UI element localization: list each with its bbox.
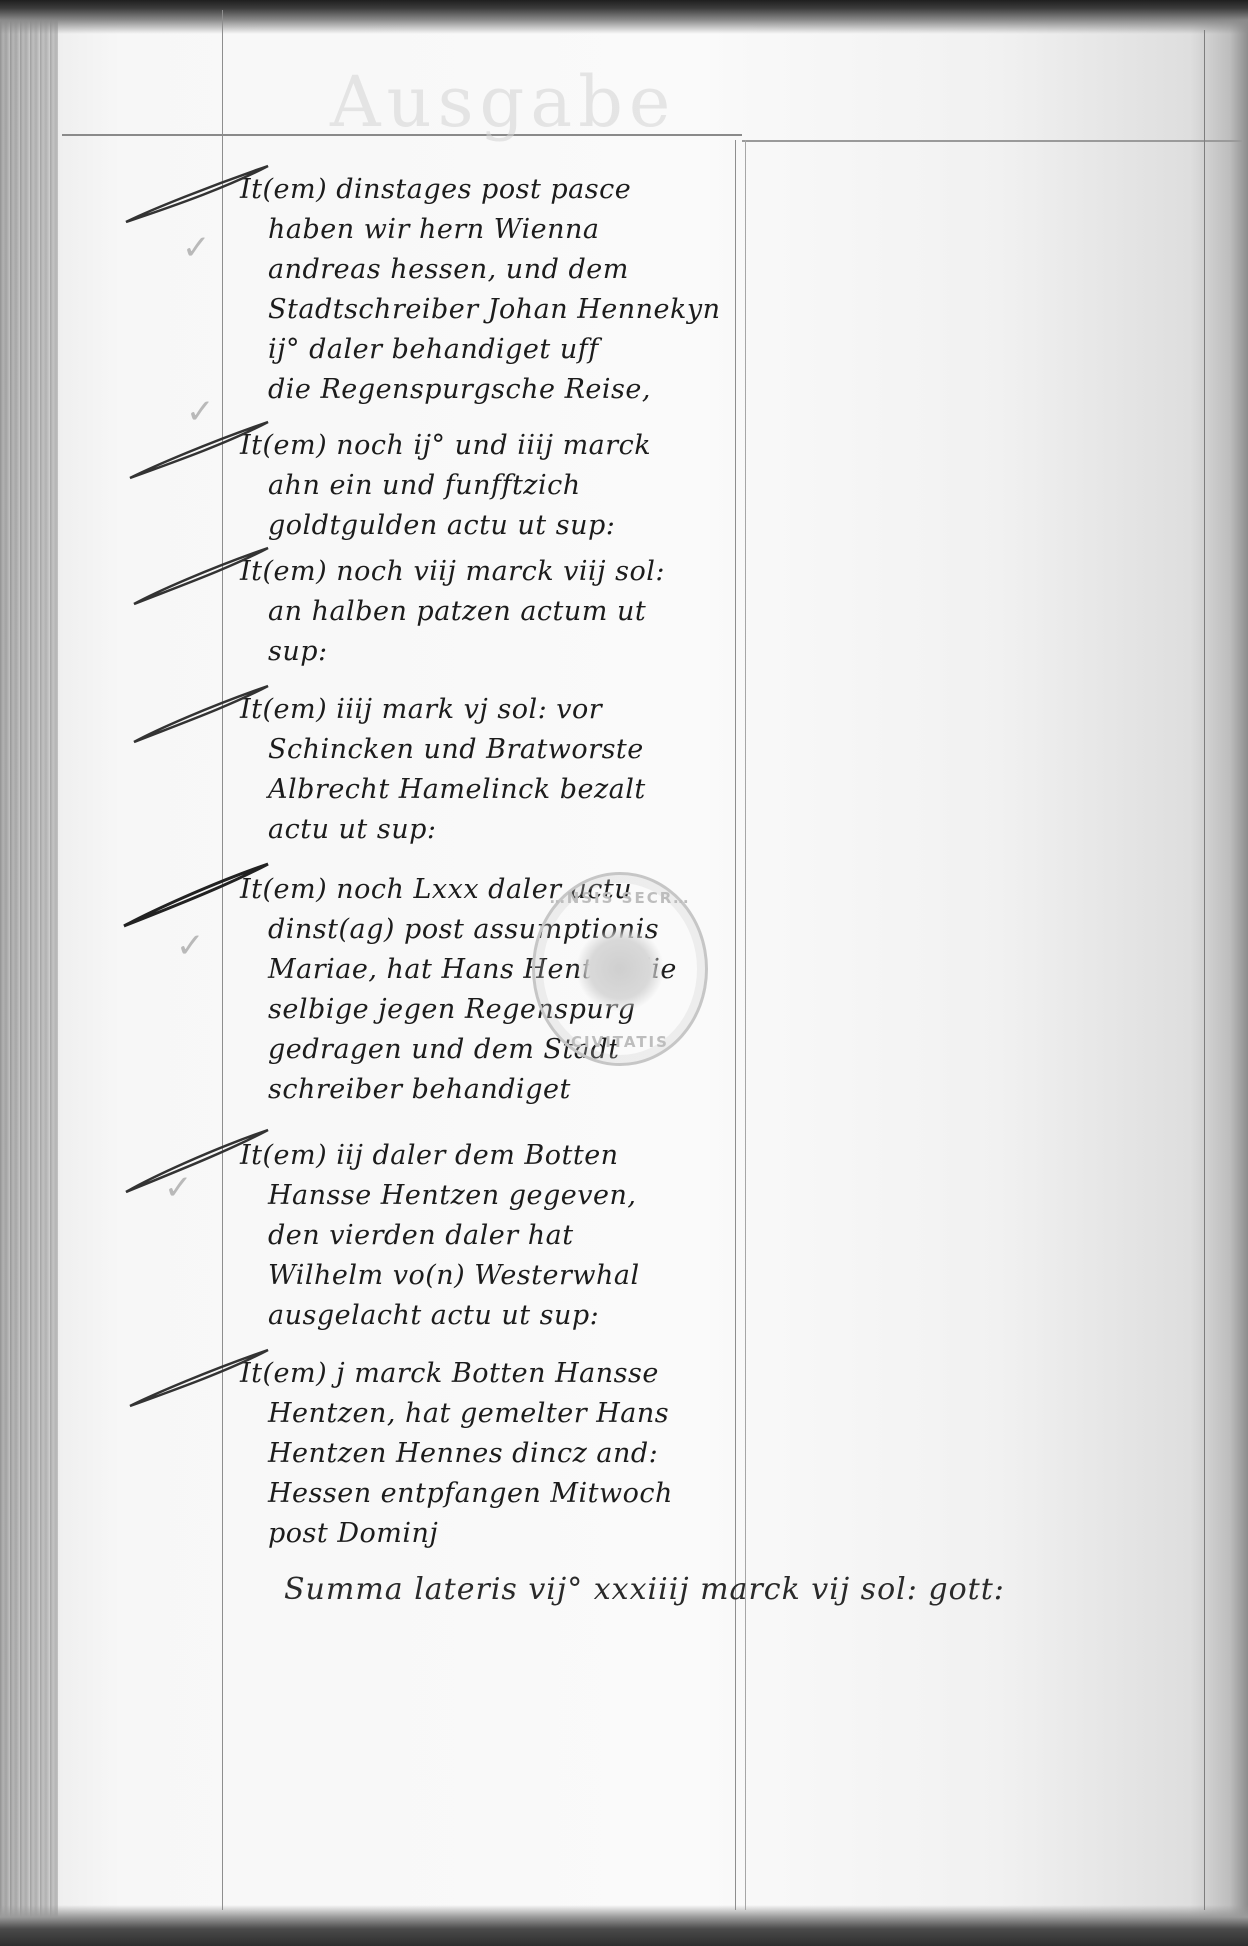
check-mark-icon: ✓ [176, 926, 205, 966]
left-margin-rule [222, 10, 223, 1910]
entry-line: ahn ein und funfftzich [240, 466, 730, 506]
top-torn-edge [0, 0, 1248, 34]
bleed-through-heading: Ausgabe [330, 62, 930, 142]
entry-line: It(em) noch viij marck viij sol: [240, 552, 730, 592]
entry-line: actu ut sup: [240, 810, 730, 850]
entry-line: Wilhelm vo(n) Westerwhal [240, 1256, 730, 1296]
entry-line: Schincken und Bratworste [240, 730, 730, 770]
ledger-entry: It(em) noch viij marck viij sol: an halb… [240, 552, 730, 672]
entry-line: schreiber behandiget [240, 1070, 730, 1110]
entry-line: den vierden daler hat [240, 1216, 730, 1256]
entry-line: Hessen entpfangen Mitwoch [240, 1474, 730, 1514]
ledger-entry: It(em) iij daler dem Botten Hansse Hentz… [240, 1136, 730, 1336]
right-margin-rule [1204, 30, 1205, 1910]
bottom-torn-edge [0, 1905, 1248, 1946]
column-divider-rule [735, 140, 736, 1910]
entry-line: andreas hessen, und dem [240, 250, 730, 290]
ledger-entry: It(em) noch ij° und iiij marck ahn ein u… [240, 426, 730, 546]
entry-line: goldtgulden actu ut sup: [240, 506, 730, 546]
column-divider-rule-2 [745, 140, 746, 1910]
entry-line: Hansse Hentzen gegeven, [240, 1176, 730, 1216]
manuscript-page: Ausgabe ✓ ✓ ✓ ✓ It(em) dinstages post pa… [0, 0, 1248, 1946]
ledger-entry: It(em) dinstages post pasce haben wir he… [240, 170, 730, 410]
stamp-emblem-icon [577, 927, 663, 1011]
entry-line: It(em) iiij mark vj sol: vor [240, 690, 730, 730]
bleed-through-text [790, 150, 1190, 1650]
entry-line: ausgelacht actu ut sup: [240, 1296, 730, 1336]
entry-line: sup: [240, 632, 730, 672]
entry-line: die Regenspurgsche Reise, [240, 370, 730, 410]
stamp-bottom-text: CIVITATIS [535, 1033, 705, 1051]
entry-line: haben wir hern Wienna [240, 210, 730, 250]
stamp-top-text: …NSIS SECR… [535, 889, 705, 907]
entry-line: post Dominj [240, 1514, 730, 1554]
ledger-entry: It(em) iiij mark vj sol: vor Schincken u… [240, 690, 730, 850]
ledger-entry: It(em) j marck Botten Hansse Hentzen, ha… [240, 1354, 730, 1554]
entry-line: Hentzen, hat gemelter Hans [240, 1394, 730, 1434]
entry-line: It(em) dinstages post pasce [240, 170, 730, 210]
entry-line: Hentzen Hennes dincz and: [240, 1434, 730, 1474]
archive-stamp: …NSIS SECR… CIVITATIS [532, 872, 708, 1066]
entry-line: an halben patzen actum ut [240, 592, 730, 632]
check-mark-icon: ✓ [186, 392, 215, 432]
entry-line: It(em) iij daler dem Botten [240, 1136, 730, 1176]
entry-line: ij° daler behandiget uff [240, 330, 730, 370]
entry-line: Stadtschreiber Johan Hennekyn [240, 290, 730, 330]
check-mark-icon: ✓ [182, 228, 211, 268]
binding-edge [0, 0, 58, 1946]
ledger-entries: It(em) dinstages post pasce haben wir he… [240, 150, 730, 1554]
check-mark-icon: ✓ [164, 1168, 193, 1208]
entry-line: It(em) j marck Botten Hansse [240, 1354, 730, 1394]
entry-line: Albrecht Hamelinck bezalt [240, 770, 730, 810]
entry-line: It(em) noch ij° und iiij marck [240, 426, 730, 466]
page-total: Summa lateris vij° xxxiiij marck vij sol… [284, 1572, 1184, 1607]
